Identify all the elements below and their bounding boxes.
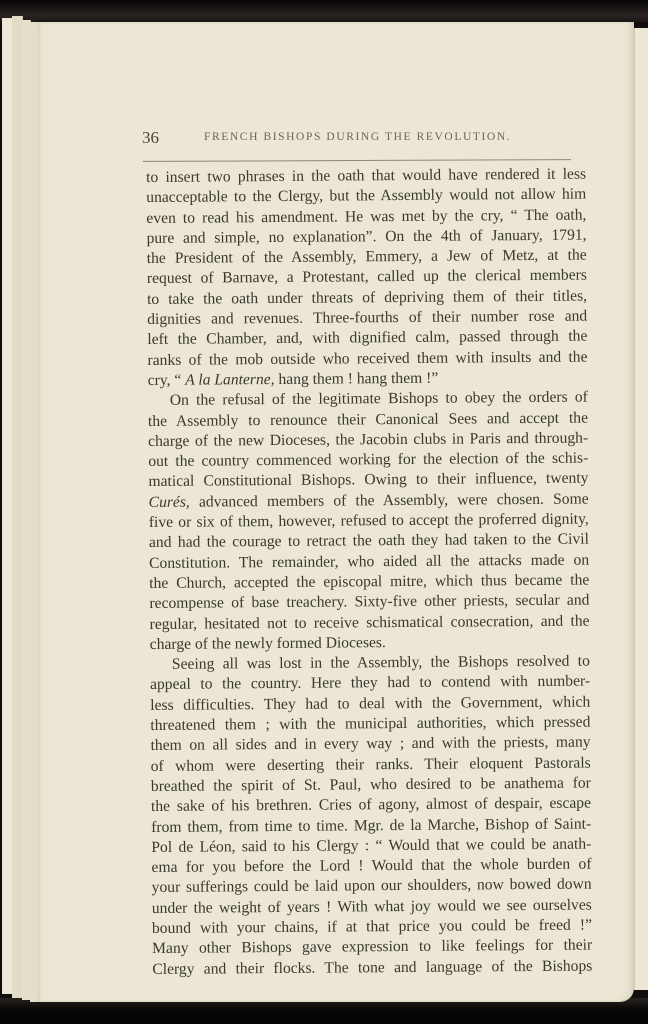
text-line: unacceptable to the Clergy, but the Asse… (146, 185, 586, 209)
text-line: Clergy and their flocks. The tone and la… (152, 956, 592, 980)
book-scan: 36 FRENCH BISHOPS DURING THE REVOLUTION.… (0, 0, 648, 1024)
text-fragment: hang them ! hang them !” (274, 370, 438, 388)
paragraph: On the refusal of the legitimate Bishops… (148, 388, 590, 655)
paragraph: to insert two phrases in the oath that w… (146, 165, 588, 392)
book-cover-top (0, 0, 648, 22)
italic-phrase: Curés, (149, 493, 190, 510)
text-line: Many other Bishops gave expression to li… (152, 936, 592, 960)
text-line: them on all sides and in every way ; and… (150, 733, 590, 757)
text-fragment: cry, “ (148, 372, 186, 389)
italic-phrase: A la Lanterne, (185, 371, 275, 389)
text-line: the sake of his brethren. Cries of agony… (151, 794, 591, 818)
body-text: to insert two phrases in the oath that w… (146, 165, 592, 980)
text-line: ranks of the mob outside who received th… (147, 347, 587, 371)
text-line: regular, hesitated not to receive schism… (150, 611, 590, 635)
next-page-edge (634, 28, 648, 990)
text-line: On the refusal of the legitimate Bishops… (148, 388, 588, 412)
text-fragment: advanced members of the Assembly, were c… (190, 490, 589, 510)
running-head: 36 FRENCH BISHOPS DURING THE REVOLUTION. (142, 128, 582, 150)
running-head-title: FRENCH BISHOPS DURING THE REVOLUTION. (204, 131, 511, 143)
paragraph: Seeing all was lost in the Assembly, the… (150, 652, 593, 980)
page-number: 36 (142, 128, 159, 148)
text-line: recompense of base treachery. Sixty-five… (149, 591, 589, 615)
